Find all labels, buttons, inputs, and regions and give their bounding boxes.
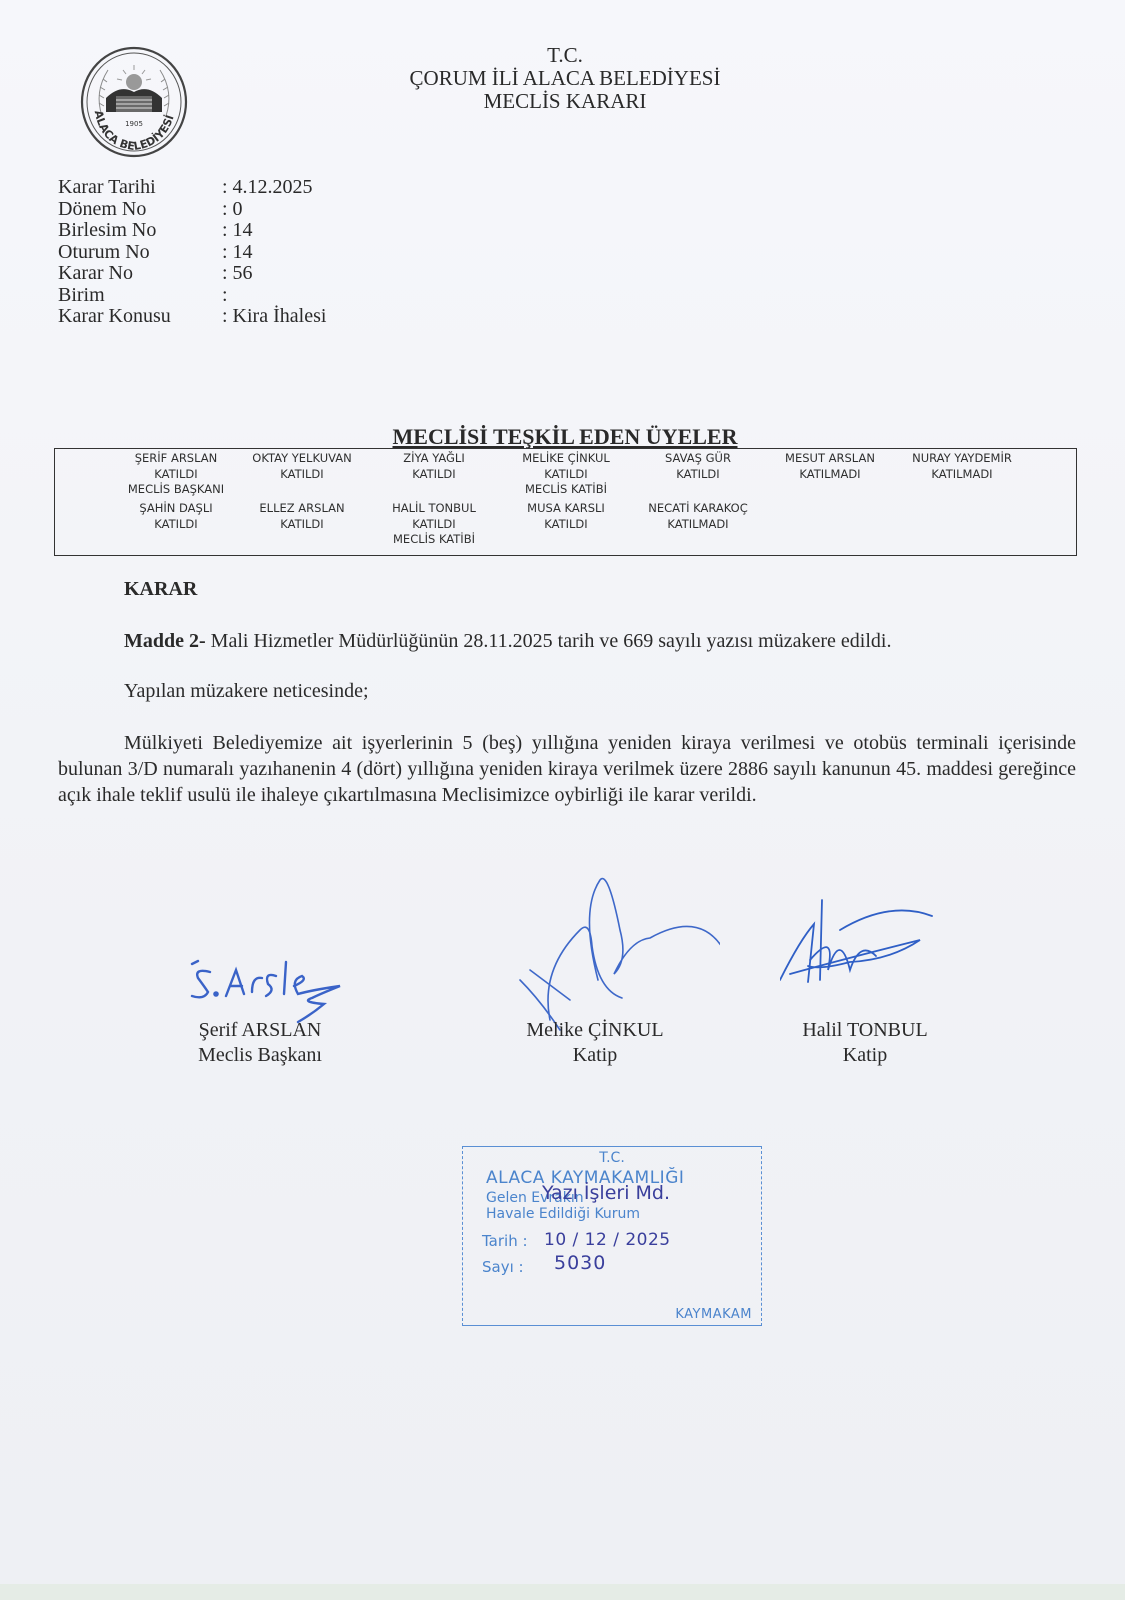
header-tc: T.C. — [300, 44, 830, 67]
deliberation-intro: Yapılan müzakere neticesinde; — [124, 680, 369, 703]
stamp-line2: Havale Edildiği Kurum — [486, 1206, 640, 1222]
signature-melike-cinkul-icon — [500, 850, 720, 1040]
signature-block-clerk-1: Melike ÇİNKUL Katip — [500, 1018, 690, 1068]
decision-body: Mülkiyeti Belediyemize ait işyerlerinin … — [58, 730, 1076, 808]
decision-metadata: Karar Tarihi: 4.12.2025 Dönem No: 0 Birl… — [58, 177, 326, 328]
meta-row: Birim: — [58, 285, 326, 307]
members-table: ŞERİF ARSLANKATILDIMECLİS BAŞKANI OKTAY … — [54, 448, 1077, 556]
signature-block-president: Şerif ARSLAN Meclis Başkanı — [180, 1018, 340, 1068]
stamp-footer: KAYMAKAM — [675, 1307, 752, 1322]
member-cell: MUSA KARSLIKATILDI — [501, 501, 631, 532]
handwritten-number: 5030 — [554, 1252, 606, 1274]
karar-heading: KARAR — [124, 578, 197, 601]
handwritten-department: Yazı İşleri Md. — [542, 1182, 670, 1204]
member-cell: NECATİ KARAKOÇKATILMADI — [633, 501, 763, 532]
scan-edge — [0, 1584, 1125, 1600]
member-cell: ŞAHİN DAŞLIKATILDI — [111, 501, 241, 532]
document-header: T.C. ÇORUM İLİ ALACA BELEDİYESİ MECLİS K… — [300, 44, 830, 113]
stamp-date-label: Tarih : — [482, 1232, 528, 1250]
member-cell: ŞERİF ARSLANKATILDIMECLİS BAŞKANI — [111, 451, 241, 498]
member-cell: ELLEZ ARSLANKATILDI — [237, 501, 367, 532]
meta-row: Oturum No: 14 — [58, 242, 326, 264]
member-cell: MESUT ARSLANKATILMADI — [765, 451, 895, 482]
stamp-tc: T.C. — [462, 1150, 762, 1166]
member-cell: SAVAŞ GÜRKATILDI — [633, 451, 763, 482]
svg-text:1905: 1905 — [125, 120, 143, 128]
member-cell: NURAY YAYDEMİRKATILMADI — [897, 451, 1027, 482]
member-cell: OKTAY YELKUVANKATILDI — [237, 451, 367, 482]
municipality-logo: 1905 ALACA BELEDİYESİ — [80, 46, 188, 158]
members-title: MECLİSİ TEŞKİL EDEN ÜYELER — [300, 424, 830, 450]
meta-row: Dönem No: 0 — [58, 199, 326, 221]
signature-block-clerk-2: Halil TONBUL Katip — [780, 1018, 950, 1068]
handwritten-date: 10 / 12 / 2025 — [544, 1230, 671, 1250]
meta-row: Karar No: 56 — [58, 263, 326, 285]
meta-row: Birlesim No: 14 — [58, 220, 326, 242]
signature-halil-tonbul-icon — [780, 890, 940, 1000]
madde-paragraph: Madde 2- Mali Hizmetler Müdürlüğünün 28.… — [124, 630, 891, 653]
member-cell: HALİL TONBULKATILDIMECLİS KATİBİ — [369, 501, 499, 548]
municipality-seal-icon: 1905 ALACA BELEDİYESİ — [80, 46, 188, 158]
kaymakamlik-received-stamp: T.C. ALACA KAYMAKAMLIĞI Gelen Evrakın Ha… — [462, 1146, 762, 1326]
stamp-number-label: Sayı : — [482, 1258, 524, 1276]
header-municipality: ÇORUM İLİ ALACA BELEDİYESİ — [300, 67, 830, 90]
member-cell: MELİKE ÇİNKULKATILDIMECLİS KATİBİ — [501, 451, 631, 498]
member-cell: ZİYA YAĞLIKATILDI — [369, 451, 499, 482]
header-document-type: MECLİS KARARI — [300, 90, 830, 113]
meta-row: Karar Konusu: Kira İhalesi — [58, 306, 326, 328]
meta-row: Karar Tarihi: 4.12.2025 — [58, 177, 326, 199]
